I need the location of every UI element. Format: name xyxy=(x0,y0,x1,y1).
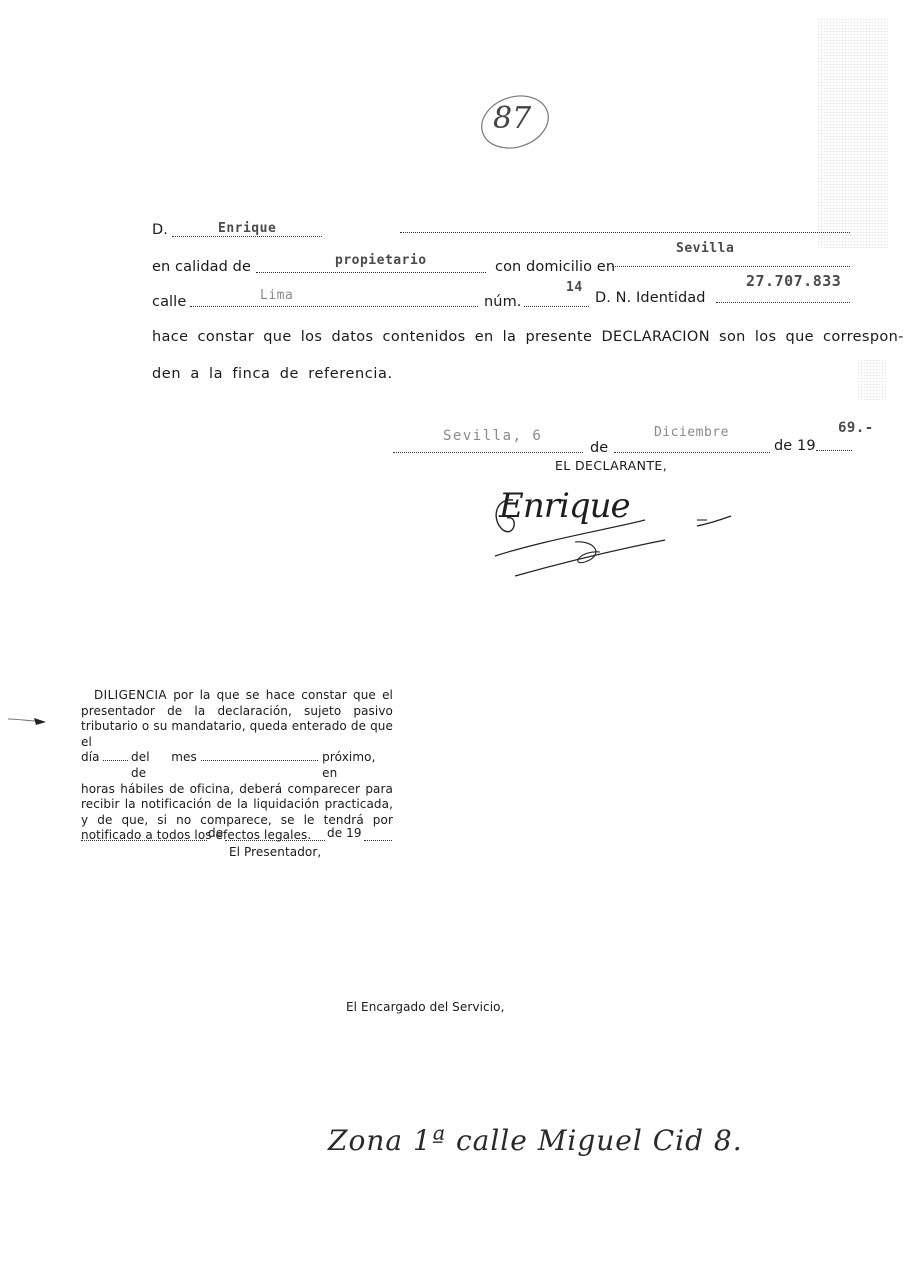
field-d-line-2 xyxy=(400,232,850,233)
label-calidad: en calidad de xyxy=(152,259,251,275)
date-year-value[interactable]: 69.- xyxy=(838,420,874,436)
diligencia-day-field[interactable] xyxy=(103,760,128,761)
field-num-line xyxy=(524,306,589,307)
declarant-signature: Enrique xyxy=(485,480,745,590)
circled-page-number: 87 xyxy=(477,93,553,151)
declarante-label: EL DECLARANTE, xyxy=(555,458,667,473)
field-calidad-line xyxy=(256,272,486,273)
field-calle-line xyxy=(190,306,478,307)
field-domicilio-line xyxy=(612,266,850,267)
diligencia-date-month-field[interactable] xyxy=(225,840,325,841)
diligencia-date-de19: de 19 xyxy=(327,826,362,840)
date-place-day-value[interactable]: Sevilla, 6 xyxy=(443,428,542,444)
diligencia-paragraph: DILIGENCIA por la que se hace constar qu… xyxy=(81,688,393,844)
handwritten-address-note: Zona 1ª calle Miguel Cid 8. xyxy=(328,1124,743,1157)
diligencia-date-de: de xyxy=(208,826,223,840)
label-num: núm. xyxy=(484,294,522,310)
label-calle: calle xyxy=(152,294,186,310)
diligencia-date-place-field[interactable] xyxy=(81,840,207,841)
field-d-line xyxy=(172,236,322,237)
field-dni-line xyxy=(716,302,850,303)
diligencia-date-year-field[interactable] xyxy=(364,840,392,841)
presentador-label: El Presentador, xyxy=(229,845,321,859)
label-d: D. xyxy=(152,222,168,238)
scan-artifact xyxy=(858,360,886,400)
date-place-line xyxy=(393,452,583,453)
statement-line-1: hace constar que los datos contenidos en… xyxy=(152,329,904,345)
diligencia-month-field[interactable] xyxy=(201,760,318,761)
scan-artifact xyxy=(818,18,888,248)
field-d-value[interactable]: Enrique xyxy=(218,221,276,236)
statement-line-2: den a la finca de referencia. xyxy=(152,366,393,382)
label-dni: D. N. Identidad xyxy=(595,290,706,306)
label-domicilio: con domicilio en xyxy=(495,259,615,275)
field-calidad-value[interactable]: propietario xyxy=(335,253,427,268)
margin-ink-mark xyxy=(6,712,46,724)
signature-text: Enrique xyxy=(499,486,630,526)
field-domicilio-value[interactable]: Sevilla xyxy=(676,241,734,256)
date-de-label: de xyxy=(590,440,608,456)
date-de19-label: de 19 xyxy=(774,438,816,454)
field-calle-value[interactable]: Lima xyxy=(260,288,293,303)
diligencia-lead: DILIGENCIA xyxy=(94,688,167,702)
date-month-line xyxy=(614,452,770,453)
date-month-value[interactable]: Diciembre xyxy=(654,425,729,440)
date-year-line xyxy=(816,450,852,451)
encargado-label: El Encargado del Servicio, xyxy=(346,1000,505,1014)
field-num-value[interactable]: 14 xyxy=(566,280,583,295)
field-dni-value[interactable]: 27.707.833 xyxy=(746,272,841,290)
